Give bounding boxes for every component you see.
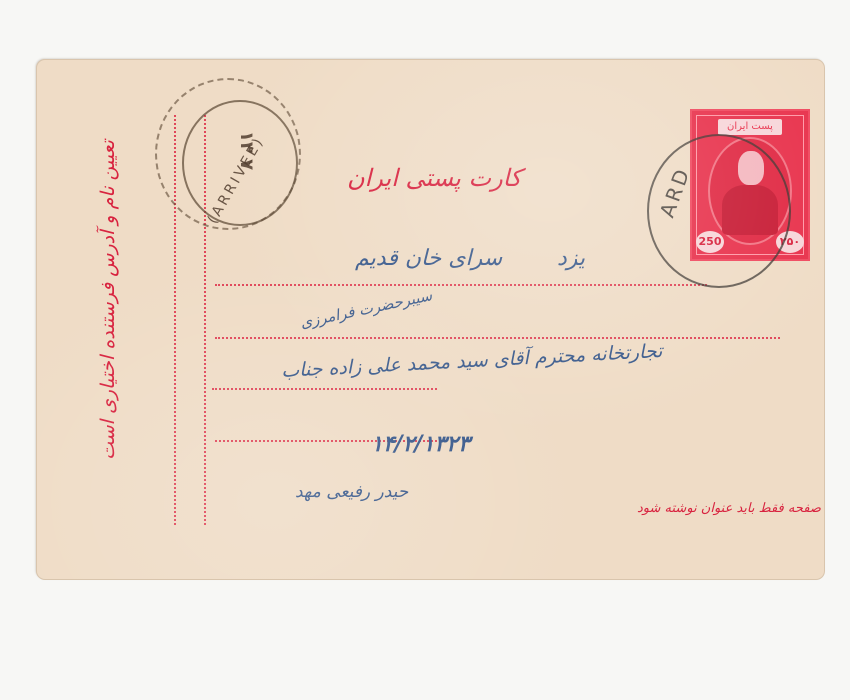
handwriting-recipient-note: سیبرحضرت فرامرزی	[299, 286, 434, 332]
address-instruction: در این صفحه فقط باید عنوان نوشته شود	[637, 501, 824, 516]
arrival-postmark-date: ۱۳ ۷	[236, 131, 257, 170]
address-line-2	[215, 337, 780, 339]
address-line-1	[215, 284, 707, 286]
handwriting-date: ۱۴/۲/۱۳۲۳	[371, 432, 470, 457]
handwriting-signature: حیدر رفیعی مهد	[295, 482, 408, 502]
card-title: کارت پستی ایران	[347, 164, 521, 192]
handwriting-city: یزد	[557, 246, 585, 271]
sender-note: تعیین نام و آدرس فرستنده اختیاری است	[97, 135, 119, 465]
address-line-3	[212, 388, 437, 390]
handwriting-recipient: تجارتخانه محترم آقای سید محمد علی زاده ج…	[281, 340, 663, 382]
stamp-country: پست ایران	[718, 119, 782, 135]
postcard: کارت پستی ایران تعیین نام و آدرس فرستنده…	[37, 60, 824, 579]
handwriting-address: سرای خان قدیم	[355, 246, 502, 271]
